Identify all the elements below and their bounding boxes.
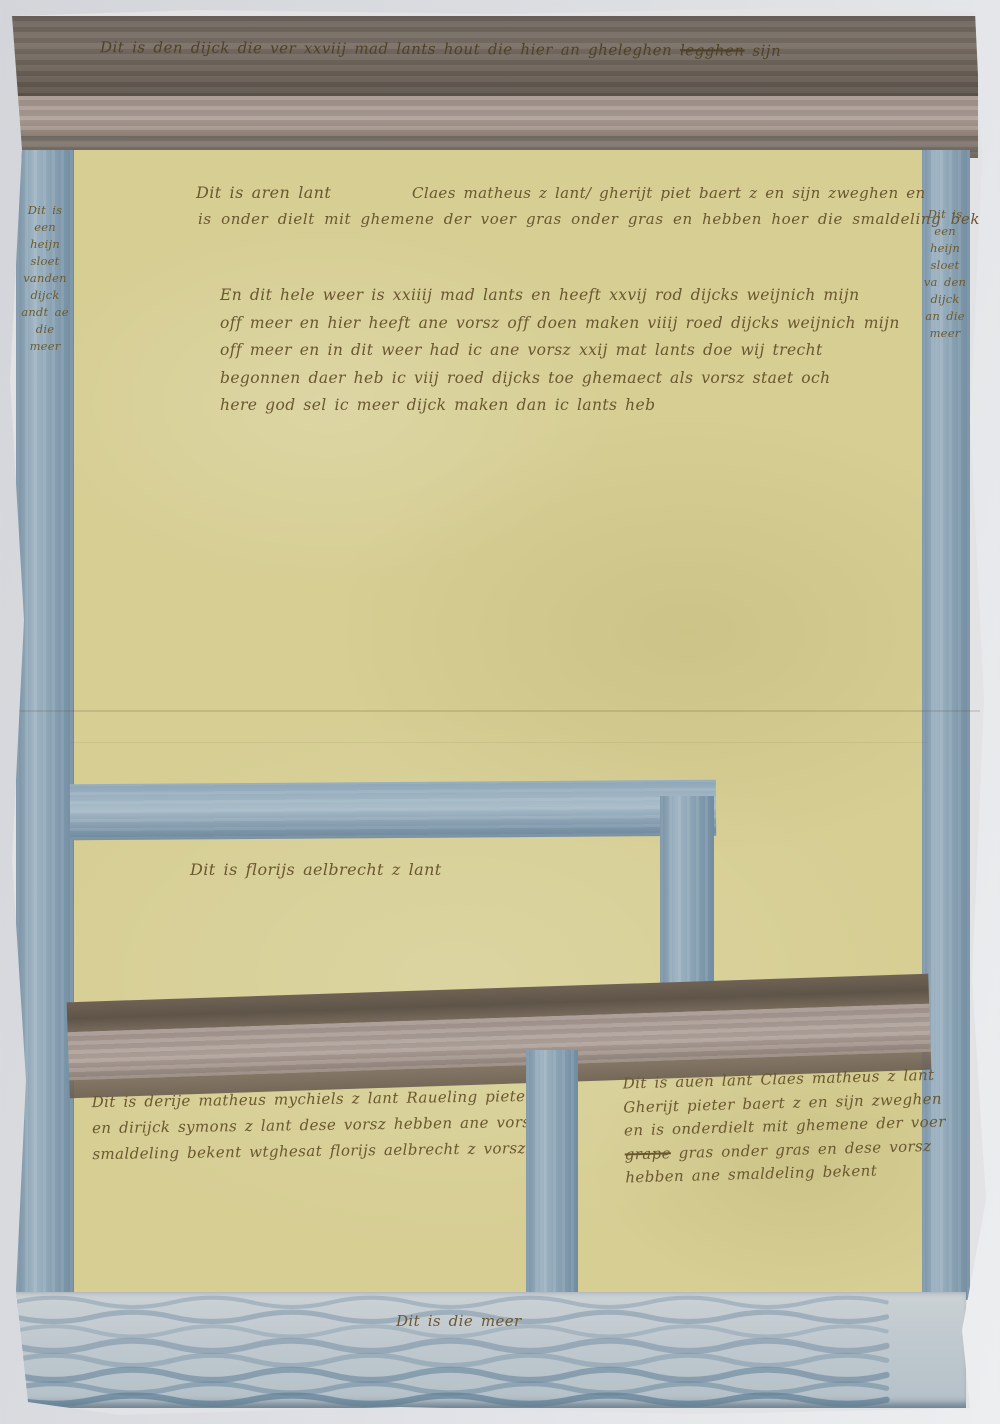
bottom-right-struck-word: grape <box>624 1144 671 1163</box>
aren-parcel-label: Dit is aren lant <box>196 183 331 202</box>
dike-account-line: En dit hele weer is xxiiij mad lants en … <box>220 282 900 310</box>
aren-owners-line1: Claes matheus z lant/ gherijt piet baert… <box>412 184 926 202</box>
top-dike-inscription-struck: legghen <box>680 41 745 59</box>
fold-crease <box>70 742 928 743</box>
sea-label: Dit is die meer <box>396 1312 522 1330</box>
bottom-left-parcel-note: Dit is derije matheus mychiels z lant Ra… <box>91 1083 541 1167</box>
dike-account-paragraph: En dit hele weer is xxiiij mad lants en … <box>220 282 900 420</box>
bottom-right-line4-rest: gras onder gras en dese vorsz <box>671 1136 932 1161</box>
dike-account-line: here god sel ic meer dijck maken dan ic … <box>220 392 900 420</box>
bottom-divider-dike <box>526 1050 578 1302</box>
aren-owners-line2: is onder dielt mit ghemene der voer gras… <box>198 210 1000 228</box>
manuscript-map-sheet: Dit is den dijck die ver xxviij mad lant… <box>0 0 1000 1424</box>
water-waves-icon <box>14 1292 966 1408</box>
top-dike-inscription-post: sijn <box>745 42 782 60</box>
florijs-dike-top <box>70 780 716 841</box>
florijs-parcel-label: Dit is florijs aelbrecht z lant <box>190 860 442 879</box>
bottom-right-parcel-note: Dit is auen lant Claes matheus z lant Gh… <box>622 1064 947 1190</box>
top-dike-inscription: Dit is den dijck die ver xxviij mad lant… <box>100 38 781 60</box>
left-margin-note: Dit is een heijn sloet vanden dijck andt… <box>18 202 72 355</box>
dike-account-line: off meer en in dit weer had ic ane vorsz… <box>220 337 900 365</box>
top-road-band <box>10 96 978 136</box>
florijs-dike-right <box>660 796 714 1010</box>
sea-band: Dit is die meer <box>14 1292 966 1408</box>
top-dike-inscription-pre: Dit is den dijck die ver xxviij mad lant… <box>100 38 680 59</box>
dike-account-line: off meer en hier heeft ane vorsz off doe… <box>220 310 900 338</box>
fold-crease <box>14 710 980 712</box>
dike-account-line: begonnen daer heb ic viij roed dijcks to… <box>220 365 900 393</box>
